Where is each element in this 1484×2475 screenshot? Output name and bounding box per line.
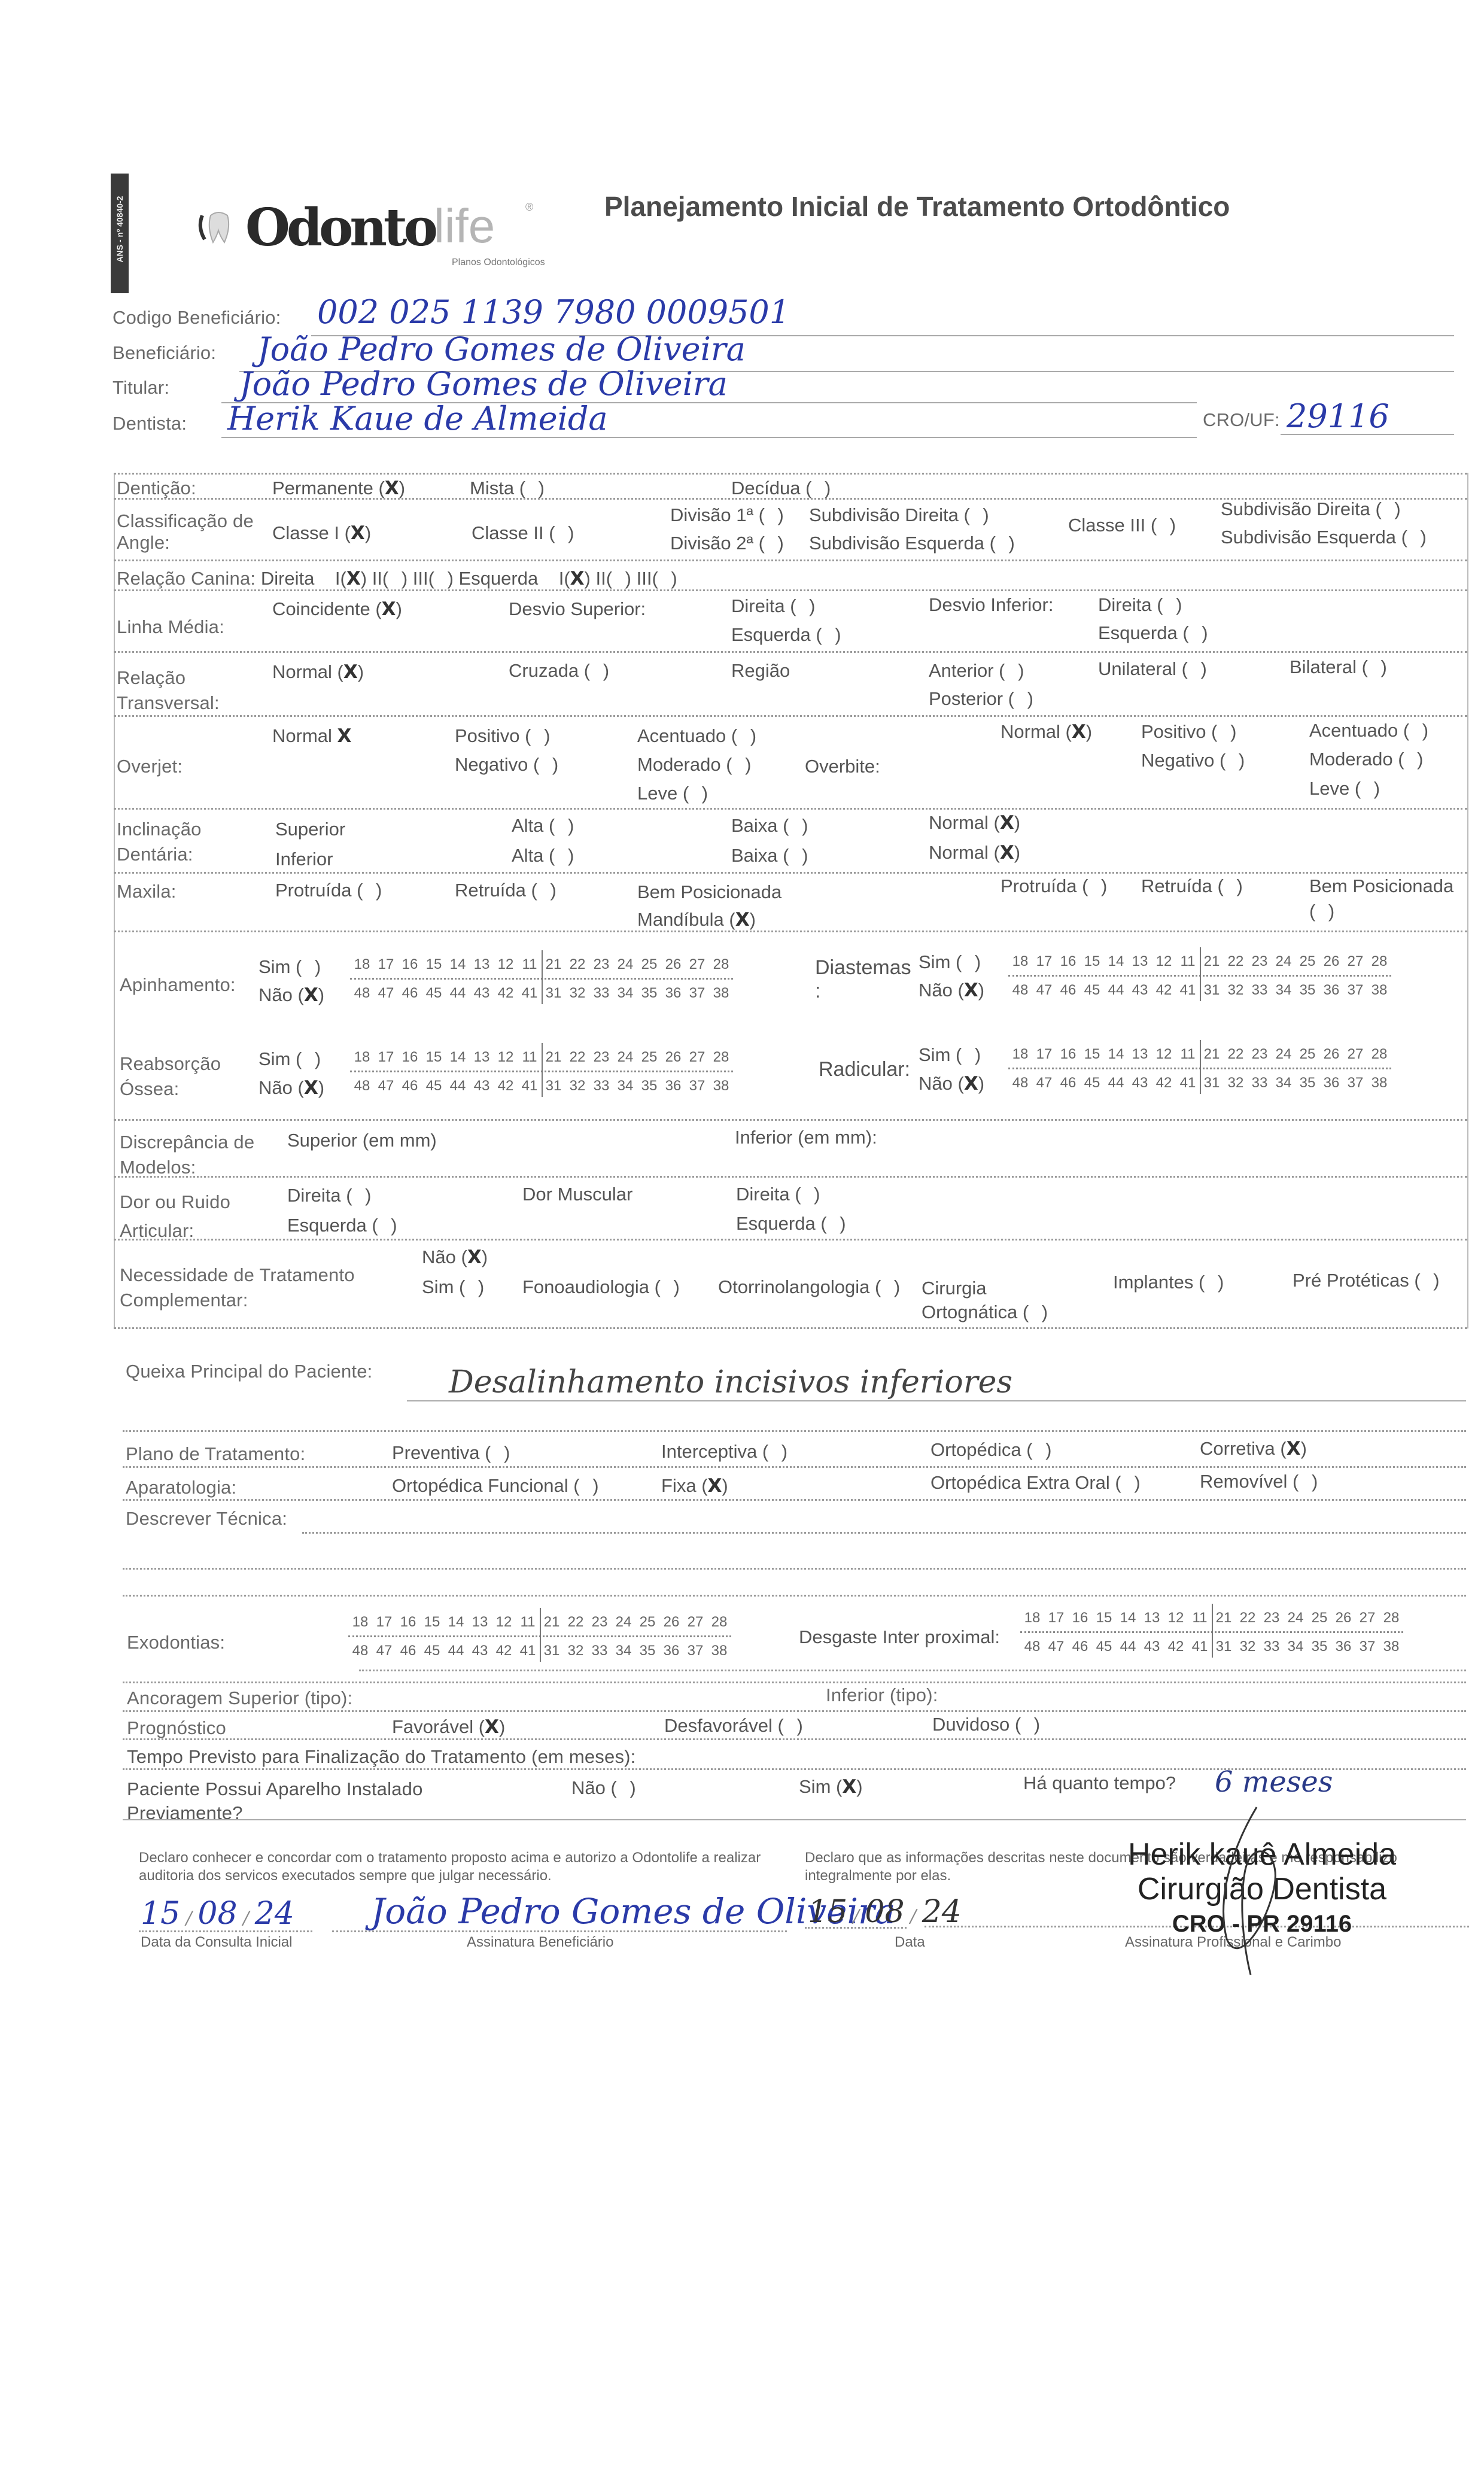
option-desfavoravel[interactable]: Desfavorável ( ) bbox=[664, 1715, 803, 1737]
option-preventiva[interactable]: Preventiva ( ) bbox=[392, 1442, 510, 1464]
tooth-number[interactable]: 42 bbox=[492, 1643, 516, 1659]
data-consulta-field[interactable]: 15 / 08 / 24 bbox=[141, 1896, 294, 1932]
canina-label: Relação Canina: bbox=[117, 568, 256, 589]
tooth-number[interactable]: 35 bbox=[1307, 1638, 1331, 1655]
tooth-number[interactable]: 48 bbox=[1008, 1075, 1032, 1091]
option-duvidoso[interactable]: Duvidoso ( ) bbox=[932, 1714, 1040, 1735]
tooth-number[interactable]: 14 bbox=[446, 1049, 470, 1066]
option-cirurgia[interactable]: Cirurgia Ortognática ( ) bbox=[922, 1276, 1077, 1324]
tooth-number[interactable]: 31 bbox=[542, 985, 565, 1002]
tooth-number[interactable]: 11 bbox=[1188, 1610, 1212, 1626]
tooth-number[interactable]: 32 bbox=[564, 1643, 588, 1659]
tooth-number[interactable]: 13 bbox=[1128, 1046, 1152, 1063]
tooth-number[interactable]: 21 bbox=[1200, 953, 1224, 970]
tooth-number[interactable]: 35 bbox=[637, 985, 661, 1002]
tooth-number[interactable]: 24 bbox=[612, 1614, 635, 1631]
tooth-number[interactable]: 25 bbox=[1296, 953, 1319, 970]
option-fono[interactable]: Fonoaudiologia ( ) bbox=[522, 1276, 680, 1298]
tooth-number[interactable]: 22 bbox=[565, 956, 589, 973]
cro-field[interactable]: 29116 bbox=[1287, 397, 1389, 435]
option-maxila-retruida[interactable]: Retruída ( ) bbox=[455, 880, 556, 901]
option-mand-retruida[interactable]: Retruída ( ) bbox=[1141, 875, 1243, 897]
tooth-number[interactable]: 37 bbox=[1343, 982, 1367, 999]
option-corretiva[interactable]: Corretiva (X) bbox=[1200, 1438, 1307, 1460]
tooth-number[interactable]: 45 bbox=[1080, 1075, 1104, 1091]
tooth-number[interactable]: 36 bbox=[1331, 1638, 1355, 1655]
radicular-sim[interactable]: Sim ( ) bbox=[919, 1044, 981, 1066]
tooth-number[interactable]: 47 bbox=[1032, 982, 1056, 999]
tooth-number[interactable]: 16 bbox=[398, 956, 422, 973]
tooth-number[interactable]: 21 bbox=[1200, 1046, 1224, 1063]
tooth-number[interactable]: 21 bbox=[540, 1614, 564, 1631]
tooth-number[interactable]: 13 bbox=[468, 1614, 492, 1631]
tooth-number[interactable]: 48 bbox=[350, 985, 374, 1002]
tooth-number[interactable]: 46 bbox=[398, 985, 422, 1002]
tooth-number[interactable]: 17 bbox=[374, 1049, 398, 1066]
tooth-number[interactable]: 44 bbox=[446, 1078, 470, 1094]
option-fixa[interactable]: Fixa (X) bbox=[661, 1475, 728, 1497]
tooth-number[interactable]: 23 bbox=[588, 1614, 612, 1631]
option-mand-bem-posicionada[interactable]: Bem Posicionada ( ) bbox=[1309, 874, 1465, 924]
tooth-number[interactable]: 18 bbox=[348, 1614, 372, 1631]
tooth-number[interactable]: 47 bbox=[1044, 1638, 1068, 1655]
tooth-number[interactable]: 12 bbox=[1152, 953, 1176, 970]
tooth-number[interactable]: 45 bbox=[1080, 982, 1104, 999]
option-overbite-leve[interactable]: Leve ( ) bbox=[1309, 778, 1380, 799]
tooth-number[interactable]: 31 bbox=[1200, 1075, 1224, 1091]
tooth-number[interactable]: 21 bbox=[1212, 1610, 1236, 1626]
tooth-number[interactable]: 35 bbox=[637, 1078, 661, 1094]
checkmark bbox=[658, 568, 671, 589]
tooth-number[interactable]: 16 bbox=[398, 1049, 422, 1066]
tooth-number[interactable]: 21 bbox=[542, 1049, 565, 1066]
discrepancia-inferior[interactable]: Inferior (em mm): bbox=[735, 1127, 877, 1148]
tooth-number[interactable]: 14 bbox=[1104, 1046, 1128, 1063]
tooth-number[interactable]: 18 bbox=[1020, 1610, 1044, 1626]
option-overjet-moderado[interactable]: Moderado ( ) bbox=[637, 754, 751, 776]
tooth-number[interactable]: 38 bbox=[1367, 982, 1391, 999]
tooth-number[interactable]: 32 bbox=[1224, 982, 1248, 999]
tooth-number[interactable]: 15 bbox=[422, 1049, 446, 1066]
tooth-number[interactable]: 31 bbox=[540, 1643, 564, 1659]
inclinacao-inferior-label: Inferior bbox=[275, 849, 333, 870]
tooth-number[interactable]: 15 bbox=[420, 1614, 444, 1631]
tooth-number[interactable]: 27 bbox=[1343, 1046, 1367, 1063]
tooth-number[interactable]: 25 bbox=[637, 1049, 661, 1066]
tooth-number[interactable]: 15 bbox=[422, 956, 446, 973]
tooth-number[interactable]: 15 bbox=[1092, 1610, 1116, 1626]
option-classe-i[interactable]: Classe I (X) bbox=[272, 522, 371, 544]
tooth-number[interactable]: 41 bbox=[1176, 982, 1200, 999]
tooth-number[interactable]: 38 bbox=[709, 985, 733, 1002]
tooth-number[interactable]: 34 bbox=[613, 1078, 637, 1094]
option-overjet-normal[interactable]: Normal X bbox=[272, 725, 351, 747]
tooth-number[interactable]: 12 bbox=[494, 956, 518, 973]
tooth-number[interactable]: 43 bbox=[470, 1078, 494, 1094]
option-overjet-negativo[interactable]: Negativo ( ) bbox=[455, 754, 558, 776]
canina-esq-iii[interactable]: III( ) bbox=[637, 568, 677, 589]
tooth-number[interactable]: 33 bbox=[1248, 982, 1272, 999]
option-overbite-moderado[interactable]: Moderado ( ) bbox=[1309, 749, 1423, 770]
tooth-number[interactable]: 33 bbox=[589, 985, 613, 1002]
option-c2-sub-esquerda[interactable]: Subdivisão Esquerda ( ) bbox=[809, 533, 1015, 554]
tooth-number[interactable]: 27 bbox=[1343, 953, 1367, 970]
tooth-number[interactable]: 23 bbox=[1248, 1046, 1272, 1063]
tooth-number[interactable]: 45 bbox=[422, 1078, 446, 1094]
titular-field[interactable]: João Pedro Gomes de Oliveira bbox=[239, 365, 728, 403]
tooth-number[interactable]: 46 bbox=[1068, 1638, 1092, 1655]
option-sup-direita[interactable]: Direita ( ) bbox=[731, 595, 815, 617]
queixa-field[interactable]: Desalinhamento incisivos inferiores bbox=[449, 1364, 1012, 1400]
tooth-number[interactable]: 32 bbox=[1224, 1075, 1248, 1091]
option-overbite-normal[interactable]: Normal (X) bbox=[1001, 721, 1092, 743]
tooth-number[interactable]: 42 bbox=[494, 985, 518, 1002]
tooth-number[interactable]: 22 bbox=[564, 1614, 588, 1631]
tooth-number[interactable]: 11 bbox=[518, 1049, 542, 1066]
tooth-number[interactable]: 43 bbox=[468, 1643, 492, 1659]
option-mista[interactable]: Mista ( ) bbox=[470, 478, 545, 499]
tooth-number[interactable]: 38 bbox=[1379, 1638, 1403, 1655]
tooth-number[interactable]: 15 bbox=[1080, 1046, 1104, 1063]
tooth-number[interactable]: 35 bbox=[1296, 1075, 1319, 1091]
discrepancia-label: Discrepância de Modelos: bbox=[120, 1130, 275, 1180]
tooth-number[interactable]: 41 bbox=[516, 1643, 540, 1659]
option-classe-ii[interactable]: Classe II ( ) bbox=[472, 522, 574, 544]
option-sup-esquerda[interactable]: Esquerda ( ) bbox=[731, 624, 841, 646]
tooth-number[interactable]: 33 bbox=[1260, 1638, 1284, 1655]
tooth-number[interactable]: 27 bbox=[685, 956, 709, 973]
tooth-number[interactable]: 34 bbox=[1272, 1075, 1296, 1091]
tooth-number[interactable]: 31 bbox=[1200, 982, 1224, 999]
declaracao-beneficiario: Declaro conhecer e concordar com o trata… bbox=[139, 1849, 773, 1885]
tooth-number[interactable]: 41 bbox=[1176, 1075, 1200, 1091]
tooth-number[interactable]: 46 bbox=[1056, 1075, 1080, 1091]
tooth-number[interactable]: 17 bbox=[372, 1614, 396, 1631]
tooth-number[interactable]: 36 bbox=[1319, 1075, 1343, 1091]
tooth-number[interactable]: 18 bbox=[1008, 1046, 1032, 1063]
option-sup-baixa[interactable]: Baixa ( ) bbox=[731, 815, 808, 837]
tooth-number[interactable]: 17 bbox=[1032, 953, 1056, 970]
tooth-number[interactable]: 44 bbox=[444, 1643, 468, 1659]
tooth-number[interactable]: 46 bbox=[396, 1643, 420, 1659]
option-permanente[interactable]: Permanente (X) bbox=[272, 478, 405, 499]
option-implantes[interactable]: Implantes ( ) bbox=[1113, 1272, 1224, 1293]
tooth-number[interactable]: 35 bbox=[635, 1643, 659, 1659]
tooth-number[interactable]: 37 bbox=[1343, 1075, 1367, 1091]
tooth-number[interactable]: 44 bbox=[1104, 1075, 1128, 1091]
tooth-number[interactable]: 34 bbox=[612, 1643, 635, 1659]
tooth-number[interactable]: 22 bbox=[565, 1049, 589, 1066]
tooth-number[interactable]: 26 bbox=[1319, 1046, 1343, 1063]
ha-quanto-field[interactable]: 6 meses bbox=[1215, 1765, 1333, 1799]
reabsorcao-sim[interactable]: Sim ( ) bbox=[259, 1048, 321, 1070]
tooth-number[interactable]: 26 bbox=[661, 956, 685, 973]
tooth-number[interactable]: 17 bbox=[1032, 1046, 1056, 1063]
option-complementar-sim[interactable]: Sim ( ) bbox=[422, 1276, 484, 1298]
option-coincidente[interactable]: Coincidente (X) bbox=[272, 598, 402, 620]
tooth-number[interactable]: 37 bbox=[683, 1643, 707, 1659]
option-maxila-bem-posicionada[interactable]: Bem Posicionada Mandíbula (X) bbox=[637, 878, 793, 934]
tooth-number[interactable]: 12 bbox=[1164, 1610, 1188, 1626]
tooth-number[interactable]: 16 bbox=[1056, 1046, 1080, 1063]
diastemas-sim[interactable]: Sim ( ) bbox=[919, 951, 981, 973]
option-removivel[interactable]: Removível ( ) bbox=[1200, 1471, 1318, 1492]
tooth-number[interactable]: 46 bbox=[398, 1078, 422, 1094]
option-complementar-nao[interactable]: Não (X) bbox=[422, 1246, 488, 1268]
tooth-number[interactable]: 34 bbox=[1272, 982, 1296, 999]
tooth-number[interactable]: 15 bbox=[1080, 953, 1104, 970]
tooth-number[interactable]: 31 bbox=[542, 1078, 565, 1094]
tooth-number[interactable]: 42 bbox=[1152, 982, 1176, 999]
tooth-number[interactable]: 36 bbox=[661, 1078, 685, 1094]
tooth-number[interactable]: 24 bbox=[1272, 953, 1296, 970]
tooth-number[interactable]: 22 bbox=[1236, 1610, 1260, 1626]
tooth-number[interactable]: 24 bbox=[613, 956, 637, 973]
option-inf-alta[interactable]: Alta ( ) bbox=[512, 845, 574, 866]
tooth-number[interactable]: 27 bbox=[685, 1049, 709, 1066]
option-mand-protruida[interactable]: Protruída ( ) bbox=[1001, 875, 1107, 897]
tooth-number[interactable]: 27 bbox=[1355, 1610, 1379, 1626]
option-maxila-protruida[interactable]: Protruída ( ) bbox=[275, 880, 382, 901]
option-overbite-negativo[interactable]: Negativo ( ) bbox=[1141, 750, 1245, 771]
tooth-number[interactable]: 34 bbox=[1284, 1638, 1307, 1655]
tooth-number[interactable]: 24 bbox=[613, 1049, 637, 1066]
tooth-number[interactable]: 48 bbox=[348, 1643, 372, 1659]
tooth-number[interactable]: 32 bbox=[565, 1078, 589, 1094]
tooth-number[interactable]: 14 bbox=[1104, 953, 1128, 970]
tooth-number[interactable]: 47 bbox=[372, 1643, 396, 1659]
apinhamento-nao[interactable]: Não (X) bbox=[259, 984, 324, 1006]
apinhamento-sim[interactable]: Sim ( ) bbox=[259, 956, 321, 978]
tooth-number[interactable]: 48 bbox=[1020, 1638, 1044, 1655]
canina-esq-ii[interactable]: II( ) bbox=[596, 568, 631, 589]
tooth-number[interactable]: 33 bbox=[589, 1078, 613, 1094]
beneficiario-field[interactable]: João Pedro Gomes de Oliveira bbox=[257, 330, 746, 368]
tooth-number[interactable]: 36 bbox=[659, 1643, 683, 1659]
option-sup-normal[interactable]: Normal (X) bbox=[929, 812, 1020, 834]
tooth-number[interactable]: 28 bbox=[1379, 1610, 1403, 1626]
option-aparelho-sim[interactable]: Sim (X) bbox=[799, 1776, 863, 1798]
option-inf-baixa[interactable]: Baixa ( ) bbox=[731, 845, 808, 866]
tooth-number[interactable]: 28 bbox=[709, 1049, 733, 1066]
tooth-number[interactable]: 25 bbox=[635, 1614, 659, 1631]
tooth-number[interactable]: 21 bbox=[542, 956, 565, 973]
tooth-number[interactable]: 44 bbox=[1116, 1638, 1140, 1655]
option-posterior[interactable]: Posterior ( ) bbox=[929, 688, 1033, 710]
option-interceptiva[interactable]: Interceptiva ( ) bbox=[661, 1441, 787, 1462]
option-muscular-direita[interactable]: Direita ( ) bbox=[736, 1184, 820, 1205]
tooth-number[interactable]: 11 bbox=[1176, 1046, 1200, 1063]
tooth-number[interactable]: 14 bbox=[444, 1614, 468, 1631]
option-ortopedica[interactable]: Ortopédica ( ) bbox=[930, 1439, 1052, 1461]
option-aparelho-nao[interactable]: Não ( ) bbox=[571, 1777, 636, 1799]
option-decidua[interactable]: Decídua ( ) bbox=[731, 478, 831, 499]
option-overjet-leve[interactable]: Leve ( ) bbox=[637, 783, 708, 804]
option-c2-sub-direita[interactable]: Subdivisão Direita ( ) bbox=[809, 504, 989, 526]
tooth-number[interactable]: 37 bbox=[1355, 1638, 1379, 1655]
option-overbite-positivo[interactable]: Positivo ( ) bbox=[1141, 721, 1236, 743]
tooth-number[interactable]: 13 bbox=[470, 1049, 494, 1066]
tooth-number[interactable]: 16 bbox=[396, 1614, 420, 1631]
tooth-number[interactable]: 22 bbox=[1224, 953, 1248, 970]
tooth-number[interactable]: 35 bbox=[1296, 982, 1319, 999]
tooth-number[interactable]: 11 bbox=[518, 956, 542, 973]
option-inf-normal[interactable]: Normal (X) bbox=[929, 842, 1020, 863]
dentista-field[interactable]: Herik Kaue de Almeida bbox=[227, 400, 608, 437]
option-cruzada[interactable]: Cruzada ( ) bbox=[509, 660, 609, 682]
checkmark bbox=[1225, 750, 1239, 771]
codigo-field[interactable]: 002 025 1139 7980 0009501 bbox=[317, 293, 790, 331]
tooth-number[interactable]: 14 bbox=[1116, 1610, 1140, 1626]
tooth-number[interactable]: 18 bbox=[1008, 953, 1032, 970]
canina-dir-ii[interactable]: II( ) bbox=[372, 568, 408, 589]
tooth-number[interactable]: 23 bbox=[589, 1049, 613, 1066]
inclinacao-label: Inclinação Dentária: bbox=[117, 817, 236, 867]
tooth-number[interactable]: 47 bbox=[374, 985, 398, 1002]
tooth-number[interactable]: 18 bbox=[350, 956, 374, 973]
tooth-number[interactable]: 45 bbox=[422, 985, 446, 1002]
tooth-number[interactable]: 12 bbox=[492, 1614, 516, 1631]
option-c3-sub-direita[interactable]: Subdivisão Direita ( ) bbox=[1221, 498, 1401, 520]
tooth-number[interactable]: 13 bbox=[1140, 1610, 1164, 1626]
checkmark bbox=[302, 956, 315, 978]
option-inf-esquerda[interactable]: Esquerda ( ) bbox=[1098, 622, 1208, 644]
option-pre-proteticas[interactable]: Pré Protéticas ( ) bbox=[1293, 1270, 1440, 1291]
option-overjet-acentuado[interactable]: Acentuado ( ) bbox=[637, 725, 756, 747]
tooth-number[interactable]: 14 bbox=[446, 956, 470, 973]
tooth-number[interactable]: 28 bbox=[1367, 1046, 1391, 1063]
tooth-number[interactable]: 38 bbox=[1367, 1075, 1391, 1091]
tooth-number[interactable]: 47 bbox=[1032, 1075, 1056, 1091]
option-extra-oral[interactable]: Ortopédica Extra Oral ( ) bbox=[930, 1472, 1141, 1494]
tooth-number[interactable]: 28 bbox=[709, 956, 733, 973]
tooth-number[interactable]: 45 bbox=[1092, 1638, 1116, 1655]
tooth-number[interactable]: 42 bbox=[494, 1078, 518, 1094]
tooth-number[interactable]: 26 bbox=[1331, 1610, 1355, 1626]
tooth-number[interactable]: 41 bbox=[1188, 1638, 1212, 1655]
tooth-number[interactable]: 17 bbox=[1044, 1610, 1068, 1626]
tooth-number[interactable]: 26 bbox=[1319, 953, 1343, 970]
tooth-number[interactable]: 27 bbox=[683, 1614, 707, 1631]
tooth-number[interactable]: 12 bbox=[494, 1049, 518, 1066]
tooth-number[interactable]: 13 bbox=[1128, 953, 1152, 970]
tooth-number[interactable]: 24 bbox=[1272, 1046, 1296, 1063]
tooth-number[interactable]: 31 bbox=[1212, 1638, 1236, 1655]
tooth-number[interactable]: 43 bbox=[470, 985, 494, 1002]
option-divisao-1[interactable]: Divisão 1ª ( ) bbox=[670, 504, 784, 526]
tooth-number[interactable]: 45 bbox=[420, 1643, 444, 1659]
option-overjet-positivo[interactable]: Positivo ( ) bbox=[455, 725, 550, 747]
option-sup-alta[interactable]: Alta ( ) bbox=[512, 815, 574, 837]
tooth-number[interactable]: 43 bbox=[1140, 1638, 1164, 1655]
tooth-number[interactable]: 26 bbox=[661, 1049, 685, 1066]
tooth-number[interactable]: 13 bbox=[470, 956, 494, 973]
radicular-nao[interactable]: Não (X) bbox=[919, 1073, 984, 1094]
tooth-number[interactable]: 34 bbox=[613, 985, 637, 1002]
tooth-number[interactable]: 33 bbox=[1248, 1075, 1272, 1091]
tooth-number[interactable]: 11 bbox=[516, 1614, 540, 1631]
tooth-number[interactable]: 43 bbox=[1128, 982, 1152, 999]
canina-dir-i[interactable]: I(X) bbox=[335, 568, 367, 589]
tooth-number[interactable]: 16 bbox=[1056, 953, 1080, 970]
tooth-number[interactable]: 37 bbox=[685, 985, 709, 1002]
tooth-number[interactable]: 25 bbox=[1307, 1610, 1331, 1626]
tooth-number[interactable]: 28 bbox=[1367, 953, 1391, 970]
tooth-number[interactable]: 43 bbox=[1128, 1075, 1152, 1091]
tooth-number[interactable]: 41 bbox=[518, 985, 542, 1002]
tooth-number[interactable]: 48 bbox=[350, 1078, 374, 1094]
tooth-number[interactable]: 18 bbox=[350, 1049, 374, 1066]
tooth-number[interactable]: 44 bbox=[1104, 982, 1128, 999]
option-articular-esquerda[interactable]: Esquerda ( ) bbox=[287, 1215, 397, 1236]
option-anterior[interactable]: Anterior ( ) bbox=[929, 660, 1024, 682]
tooth-number[interactable]: 17 bbox=[374, 956, 398, 973]
option-c3-sub-esquerda[interactable]: Subdivisão Esquerda ( ) bbox=[1221, 527, 1427, 548]
discrepancia-superior[interactable]: Superior (em mm) bbox=[287, 1130, 437, 1151]
tooth-logo-icon bbox=[197, 203, 239, 251]
option-inf-direita[interactable]: Direita ( ) bbox=[1098, 594, 1182, 616]
tooth-number[interactable]: 41 bbox=[518, 1078, 542, 1094]
option-ortopedica-funcional[interactable]: Ortopédica Funcional ( ) bbox=[392, 1475, 599, 1497]
tooth-number[interactable]: 28 bbox=[707, 1614, 731, 1631]
tooth-number[interactable]: 23 bbox=[1260, 1610, 1284, 1626]
option-muscular-esquerda[interactable]: Esquerda ( ) bbox=[736, 1213, 846, 1235]
tooth-number[interactable]: 11 bbox=[1176, 953, 1200, 970]
diastemas-nao[interactable]: Não (X) bbox=[919, 980, 984, 1001]
tooth-number[interactable]: 38 bbox=[709, 1078, 733, 1094]
checkmark: X bbox=[964, 1073, 978, 1094]
tooth-number[interactable]: 46 bbox=[1056, 982, 1080, 999]
tooth-number[interactable]: 12 bbox=[1152, 1046, 1176, 1063]
tooth-number[interactable]: 42 bbox=[1152, 1075, 1176, 1091]
checkmark: X bbox=[467, 1246, 482, 1268]
tooth-number[interactable]: 23 bbox=[589, 956, 613, 973]
tooth-number[interactable]: 36 bbox=[661, 985, 685, 1002]
option-classe-iii[interactable]: Classe III ( ) bbox=[1068, 515, 1176, 536]
option-unilateral[interactable]: Unilateral ( ) bbox=[1098, 658, 1207, 680]
tooth-number[interactable]: 36 bbox=[1319, 982, 1343, 999]
tooth-number[interactable]: 38 bbox=[707, 1643, 731, 1659]
tooth-number[interactable]: 26 bbox=[659, 1614, 683, 1631]
tooth-number[interactable]: 25 bbox=[637, 956, 661, 973]
option-transv-normal[interactable]: Normal (X) bbox=[272, 661, 364, 683]
data-field[interactable]: 15 / 08 / 24 bbox=[808, 1894, 962, 1930]
option-articular-direita[interactable]: Direita ( ) bbox=[287, 1185, 371, 1206]
tooth-number[interactable]: 47 bbox=[374, 1078, 398, 1094]
canina-esq-i[interactable]: I(X) bbox=[559, 568, 591, 589]
option-favoravel[interactable]: Favorável (X) bbox=[392, 1716, 505, 1738]
tooth-number[interactable]: 32 bbox=[565, 985, 589, 1002]
canina-dir-iii[interactable]: III( ) bbox=[413, 568, 454, 589]
dentist-signature-icon bbox=[1203, 1801, 1298, 1981]
option-bilateral[interactable]: Bilateral ( ) bbox=[1290, 656, 1387, 678]
tooth-number[interactable]: 44 bbox=[446, 985, 470, 1002]
tooth-number[interactable]: 24 bbox=[1284, 1610, 1307, 1626]
tooth-number[interactable]: 22 bbox=[1224, 1046, 1248, 1063]
option-overbite-acentuado[interactable]: Acentuado ( ) bbox=[1309, 720, 1428, 741]
option-divisao-2[interactable]: Divisão 2ª ( ) bbox=[670, 533, 784, 554]
tooth-number[interactable]: 25 bbox=[1296, 1046, 1319, 1063]
tooth-number[interactable]: 37 bbox=[685, 1078, 709, 1094]
tooth-number[interactable]: 42 bbox=[1164, 1638, 1188, 1655]
option-otorrino[interactable]: Otorrinolangologia ( ) bbox=[718, 1276, 900, 1298]
tooth-number[interactable]: 23 bbox=[1248, 953, 1272, 970]
tooth-number[interactable]: 33 bbox=[588, 1643, 612, 1659]
reabsorcao-nao[interactable]: Não (X) bbox=[259, 1077, 324, 1099]
tooth-number[interactable]: 16 bbox=[1068, 1610, 1092, 1626]
tooth-number[interactable]: 48 bbox=[1008, 982, 1032, 999]
tooth-number[interactable]: 32 bbox=[1236, 1638, 1260, 1655]
